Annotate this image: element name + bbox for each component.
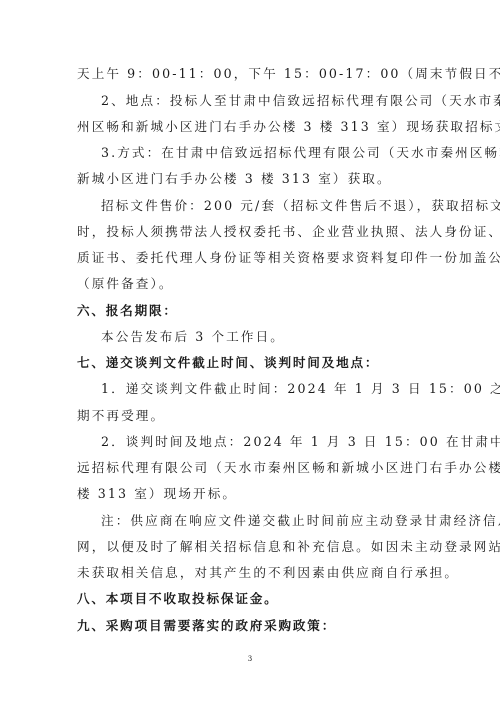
- section-heading: 七、递交谈判文件截止时间、谈判时间及地点：: [77, 353, 427, 373]
- text-line: 3.方式：在甘肃中信致远招标代理有限公司（天水市秦州区畅和: [101, 143, 427, 163]
- text-line: 本公告发布后 3 个工作日。: [101, 327, 427, 347]
- text-line: （原件备查）。: [77, 274, 427, 294]
- text-line: 期不再受理。: [77, 406, 427, 426]
- text-line: 未获取相关信息，对其产生的不利因素由供应商自行承担。: [77, 563, 427, 583]
- text-line: 楼 313 室）现场开标。: [77, 484, 427, 504]
- text-line: 2、地点：投标人至甘肃中信致远招标代理有限公司（天水市秦: [101, 91, 427, 111]
- text-line: 时，投标人须携带法人授权委托书、企业营业执照、法人身份证、资: [77, 222, 427, 242]
- text-line: 1．递交谈判文件截止时间：2024 年 1 月 3 日 15：00 之前，逾: [101, 379, 427, 399]
- section-heading: 六、报名期限：: [77, 301, 427, 321]
- text-line: 注：供应商在响应文件递交截止时间前应主动登录甘肃经济信息: [101, 511, 427, 531]
- text-line: 质证书、委托代理人身份证等相关资格要求资料复印件一份加盖公章: [77, 248, 427, 268]
- page-number: 3: [0, 654, 500, 664]
- text-line: 远招标代理有限公司（天水市秦州区畅和新城小区进门右手办公楼 3: [77, 458, 427, 478]
- text-line: 网，以便及时了解相关招标信息和补充信息。如因未主动登录网站而: [77, 537, 427, 557]
- section-heading: 八、本项目不收取投标保证金。: [77, 589, 427, 609]
- document-page: 天上午 9：00-11：00，下午 15：00-17：00（周末节假日不予受理）…: [0, 0, 500, 706]
- text-line: 招标文件售价：200 元/套（招标文件售后不退），获取招标文件: [101, 196, 427, 216]
- text-line: 州区畅和新城小区进门右手办公楼 3 楼 313 室）现场获取招标文件。: [77, 117, 427, 137]
- text-line: 天上午 9：00-11：00，下午 15：00-17：00（周末节假日不予受理）…: [77, 64, 427, 84]
- text-line: 新城小区进门右手办公楼 3 楼 313 室）获取。: [77, 169, 427, 189]
- section-heading: 九、采购项目需要落实的政府采购政策：: [77, 616, 427, 636]
- text-line: 2．谈判时间及地点：2024 年 1 月 3 日 15：00 在甘肃中信致: [101, 432, 427, 452]
